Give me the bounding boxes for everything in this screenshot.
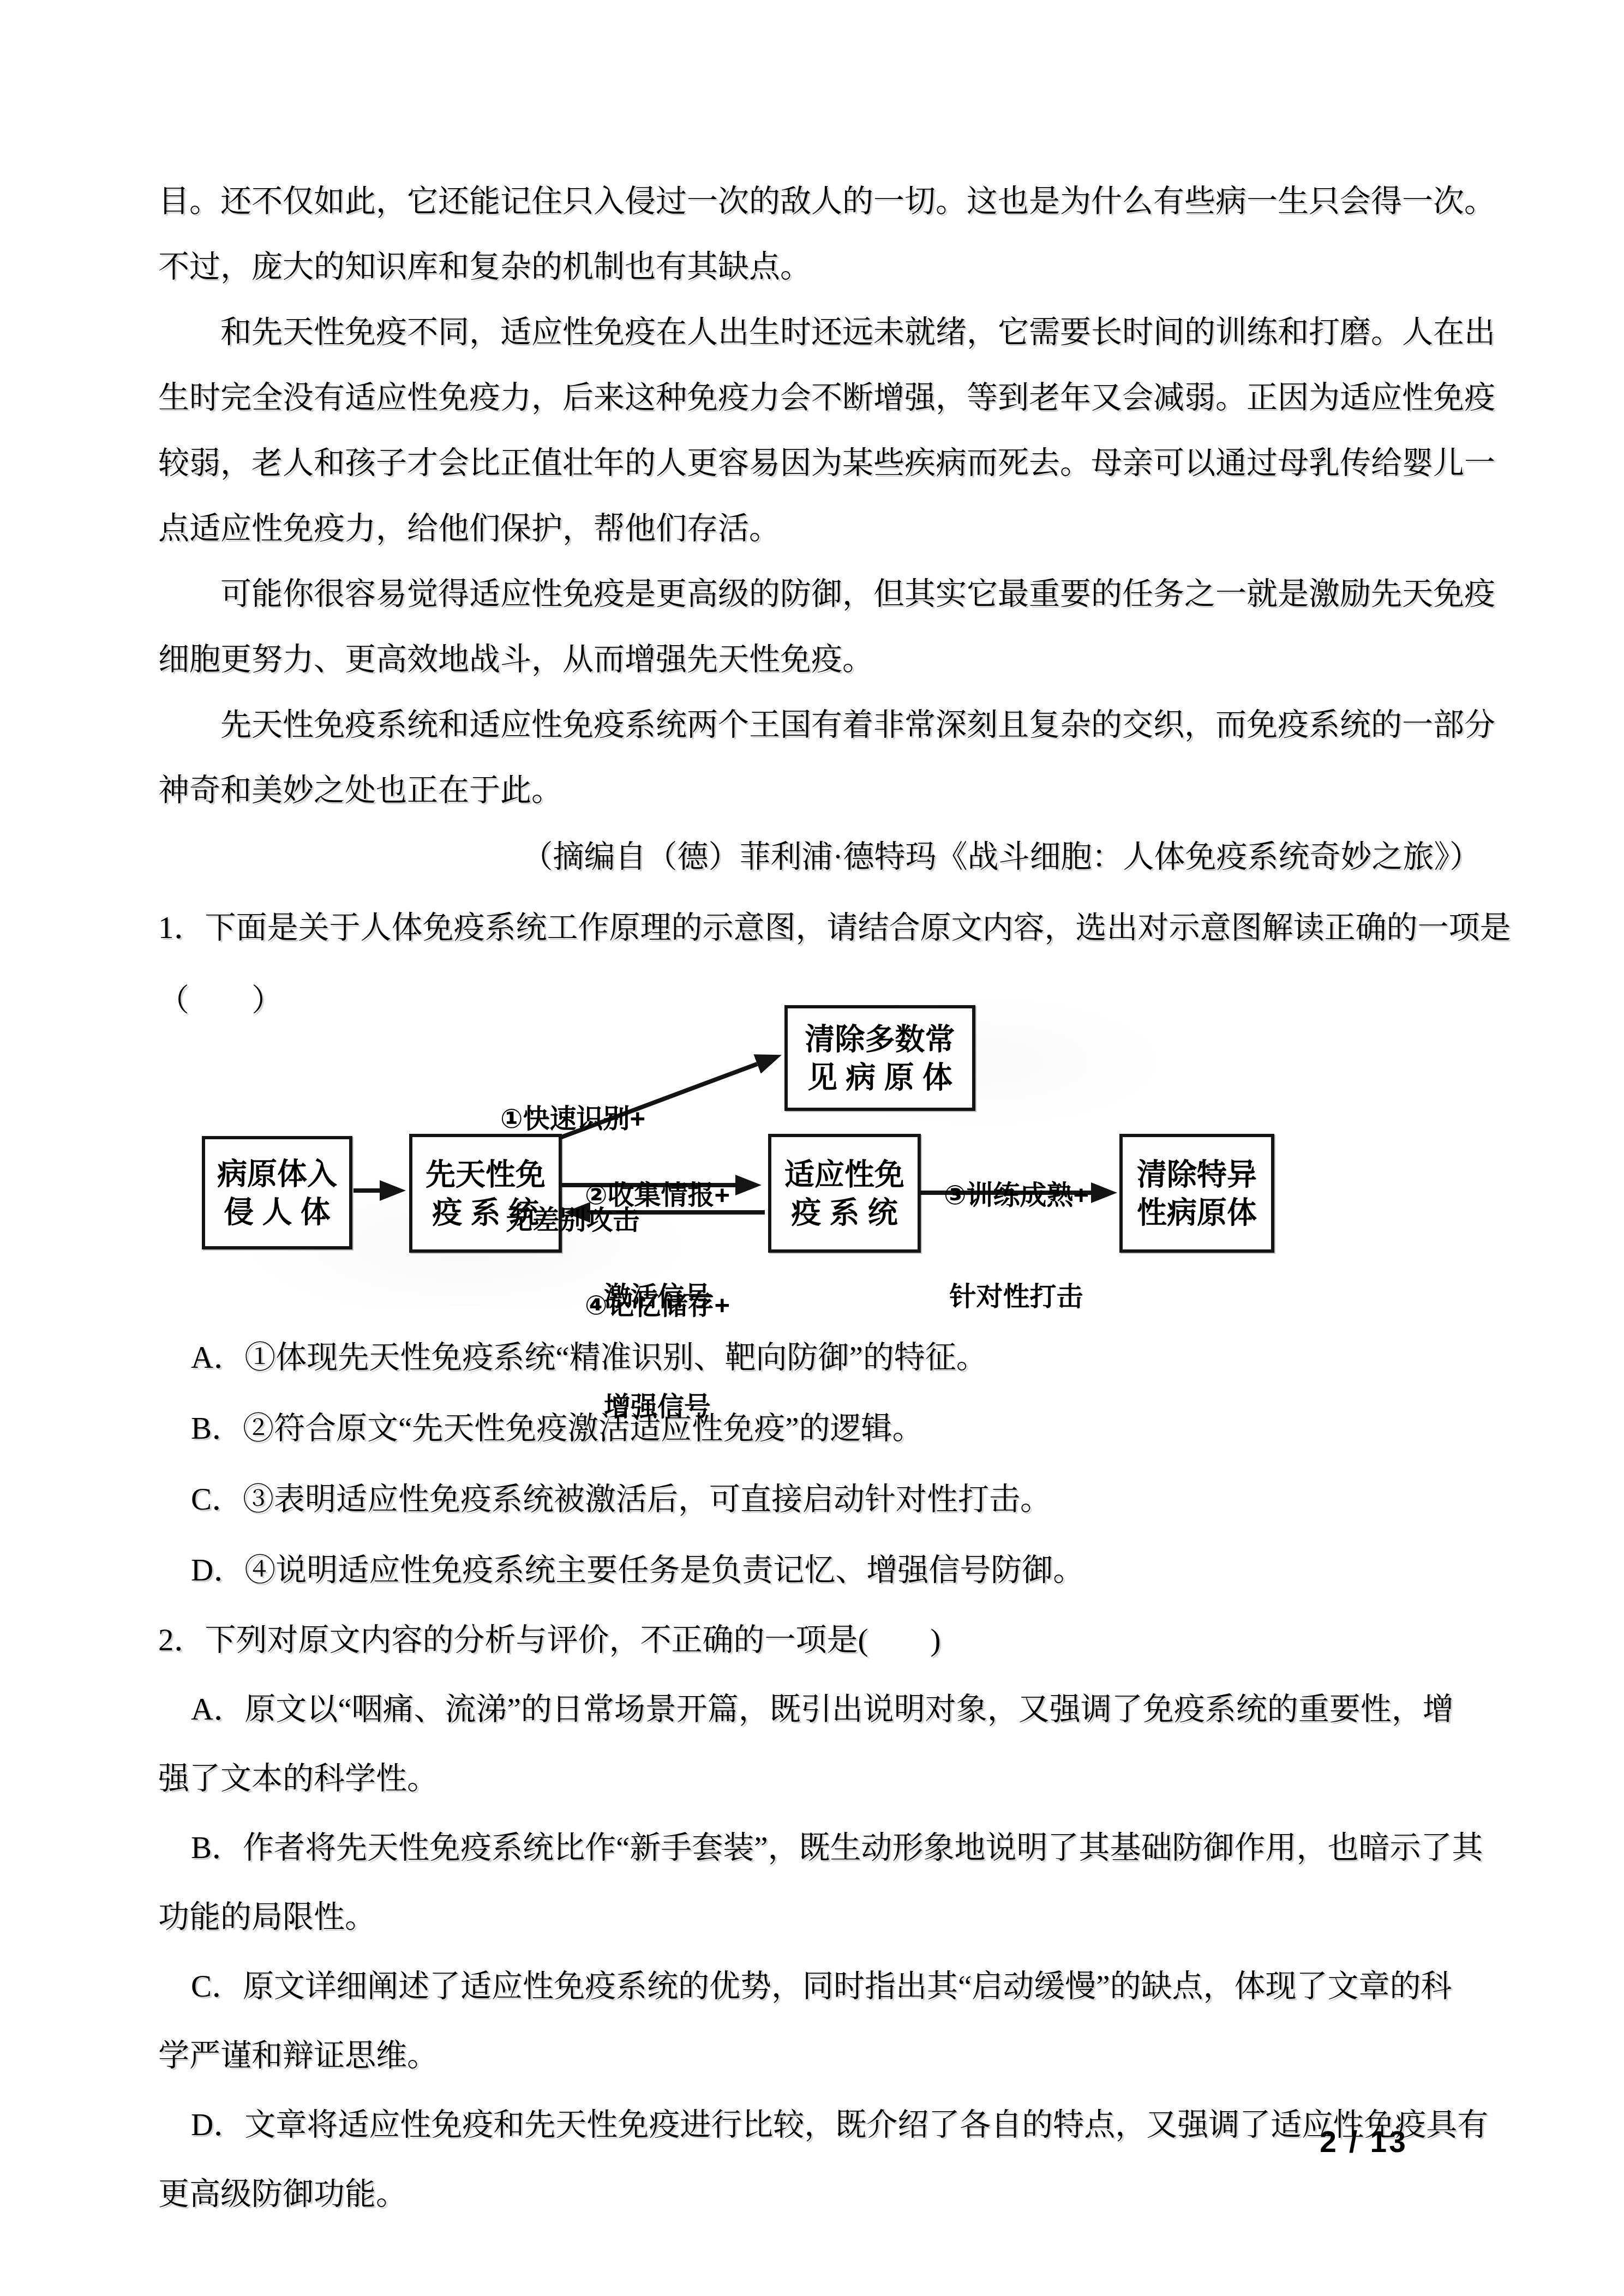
- diagram-box-pathogen-enters: 病原体入 侵 人 体: [202, 1136, 352, 1249]
- paragraph-line: 较弱，老人和孩子才会比正值壮年的人更容易因为某些疾病而死去。母亲可以通过母乳传给…: [158, 431, 1495, 496]
- paragraph-line: 和先天性免疫不同，适应性免疫在人出生时还远未就绪，它需要长时间的训练和打磨。人在…: [158, 300, 1495, 365]
- diagram-box-clear-common-pathogens: 清除多数常 见 病 原 体: [784, 1005, 975, 1111]
- question-2-option-c-line-2: 学严谨和辩证思维。: [158, 2023, 438, 2089]
- paragraph-line: 不过，庞大的知识库和复杂的机制也有其缺点。: [158, 235, 811, 300]
- diagram-box-text: 见 病 原 体: [807, 1061, 952, 1094]
- diagram-box-text: 性病原体: [1137, 1196, 1257, 1229]
- question-2-option-c-line-1: C．原文详细阐述了适应性免疫系统的优势，同时指出其“启动缓慢”的缺点，体现了文章…: [191, 1954, 1452, 2019]
- paragraph-line: 神奇和美妙之处也正在于此。: [158, 758, 562, 824]
- question-2-option-a-line-2: 强了文本的科学性。: [158, 1746, 438, 1812]
- paragraph-line: 细胞更努力、更高效地战斗，从而增强先天性免疫。: [158, 627, 873, 693]
- question-1-option-d: D．④说明适应性免疫系统主要任务是负责记忆、增强信号防御。: [191, 1538, 1084, 1603]
- diagram-label-text: 针对性打击: [915, 1280, 1117, 1314]
- paragraph-line: 目。还不仅如此，它还能记住只入侵过一次的敌人的一切。这也是为什么有些病一生只会得…: [158, 169, 1495, 235]
- page-indicator: 2 / 13: [1249, 2126, 1478, 2157]
- source-attribution: （摘编自（德）菲利浦·德特玛《战斗细胞：人体免疫系统奇妙之旅》）: [158, 825, 1481, 890]
- question-2-option-b-line-1: B．作者将先天性免疫系统比作“新手套装”，既生动形象地说明了其基础防御作用，也暗…: [191, 1816, 1483, 1881]
- question-1-stem-line-1: 1．下面是关于人体免疫系统工作原理的示意图，请结合原文内容，选出对示意图解读正确…: [158, 895, 1511, 961]
- diagram-label-text: 增强信号: [562, 1390, 753, 1424]
- diagram-label-step3: ③训练成熟+ 针对性打击: [915, 1111, 1117, 1381]
- question-2-option-b-line-2: 功能的局限性。: [158, 1885, 376, 1950]
- diagram-box-text: 病原体入: [217, 1157, 337, 1191]
- diagram-box-text: 疫 系 统: [791, 1196, 898, 1229]
- diagram-box-text: 清除特异: [1137, 1158, 1257, 1191]
- paragraph-line: 生时完全没有适应性免疫力，后来这种免疫力会不断增强，等到老年又会减弱。正因为适应…: [158, 365, 1495, 431]
- diagram-label-text: ③训练成熟+: [915, 1179, 1117, 1212]
- diagram-box-text: 侵 人 体: [224, 1195, 331, 1229]
- diagram-box-text: 清除多数常: [805, 1023, 955, 1056]
- diagram-label-text: ④记忆储存+: [562, 1289, 753, 1323]
- diagram-label-step4: ④记忆储存+ 增强信号: [562, 1221, 753, 1492]
- question-2-option-d-line-2: 更高级防御功能。: [158, 2162, 407, 2227]
- question-2-option-a-line-1: A．原文以“咽痛、流涕”的日常场景开篇，既引出说明对象，又强调了免疫系统的重要性…: [191, 1677, 1454, 1742]
- paragraph-line: 可能你很容易觉得适应性免疫是更高级的防御，但其实它最重要的任务之一就是激励先天免…: [158, 562, 1495, 627]
- diagram-box-adaptive-immune-system: 适应性免 疫 系 统: [768, 1134, 921, 1253]
- diagram-box-clear-specific-pathogens: 清除特异 性病原体: [1119, 1134, 1274, 1253]
- document-page: 目。还不仅如此，它还能记住只入侵过一次的敌人的一切。这也是为什么有些病一生只会得…: [0, 0, 1624, 2296]
- question-1-option-b: B．②符合原文“先天性免疫激活适应性免疫”的逻辑。: [191, 1396, 924, 1462]
- paragraph-line: 点适应性免疫力，给他们保护，帮他们存活。: [158, 496, 780, 562]
- question-2-stem: 2．下列对原文内容的分析与评价，不正确的一项是( ): [158, 1608, 940, 1673]
- immune-system-flowchart: 病原体入 侵 人 体 先天性免 疫 系 统 适应性免 疫 系 统 清除特异 性病…: [180, 1001, 1326, 1306]
- paragraph-line: 先天性免疫系统和适应性免疫系统两个王国有着非常深刻且复杂的交织，而免疫系统的一部…: [158, 693, 1495, 758]
- diagram-label-text: ②收集情报+: [562, 1179, 753, 1212]
- diagram-box-text: 适应性免: [784, 1158, 904, 1191]
